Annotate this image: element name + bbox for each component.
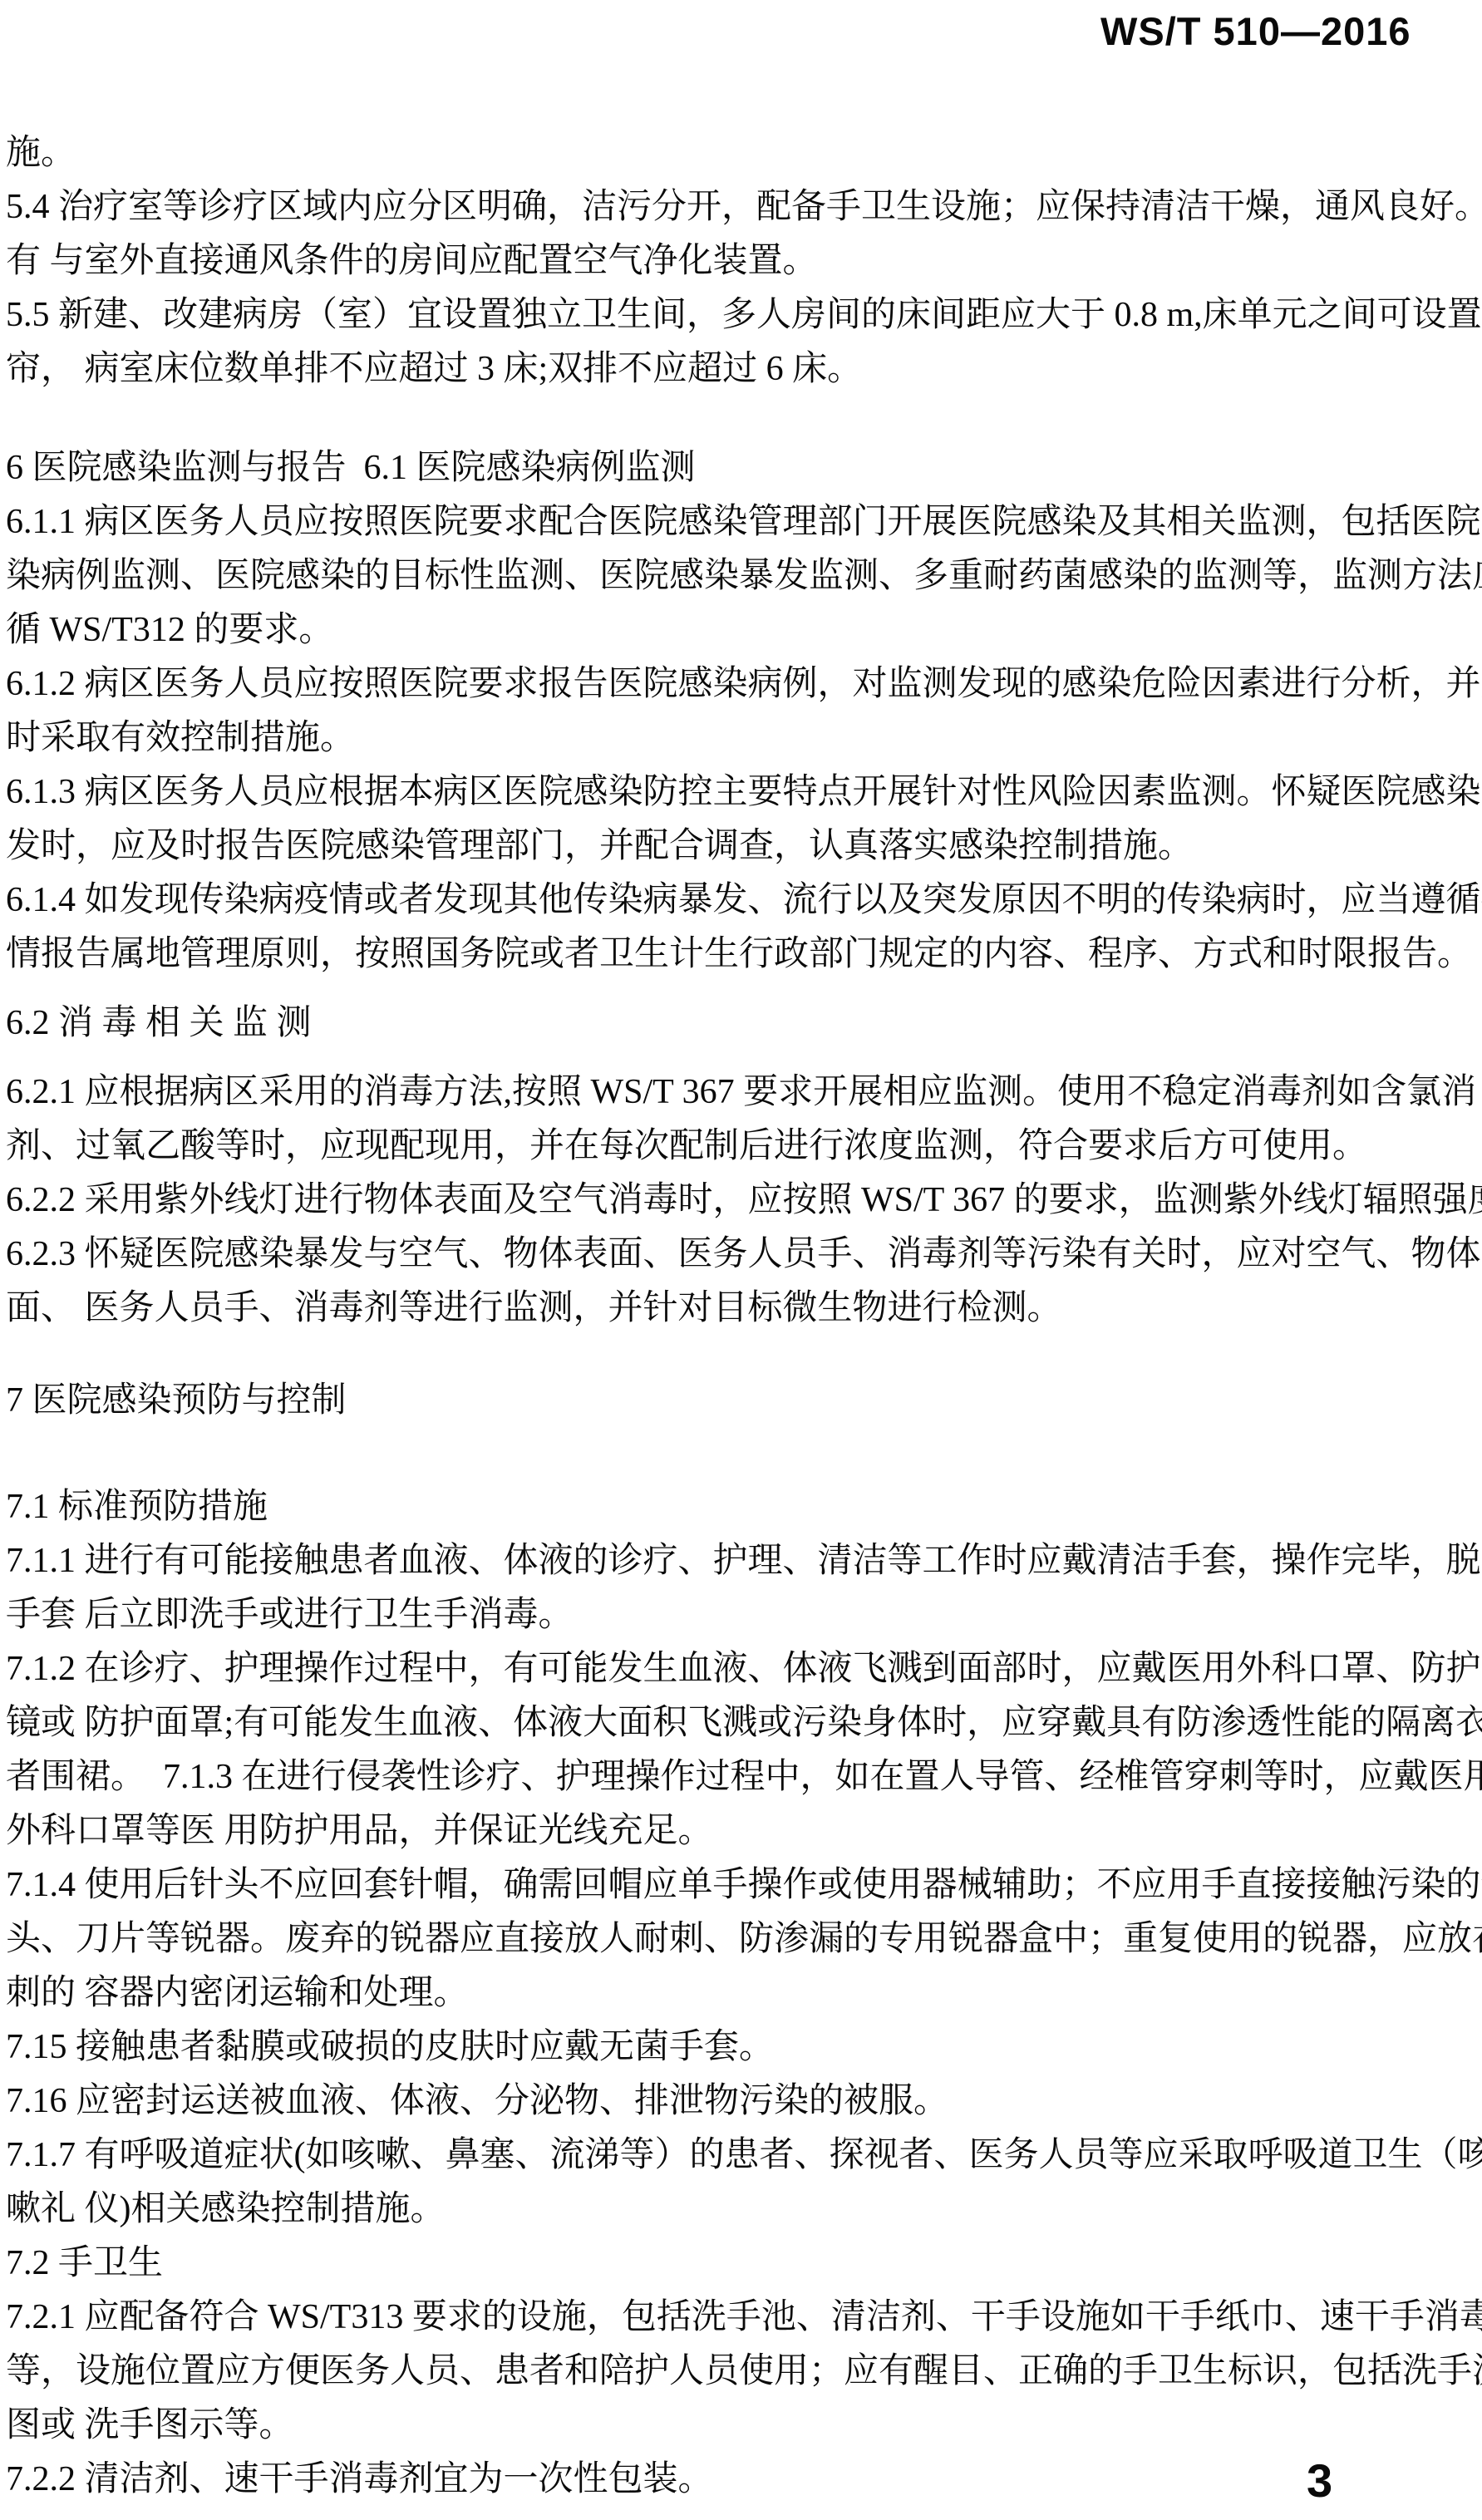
text-line: 镜或 防护面罩;有可能发生血液、体液大面积飞溅或污染身体时，应穿戴具有防渗透性能… [6, 1696, 1479, 1750]
text-line: 7.1.2 在诊疗、护理操作过程中，有可能发生血液、体液飞溅到面部时，应戴医用外… [6, 1642, 1479, 1696]
text-line: 外科口罩等医 用防护用品，并保证光线充足。 [6, 1804, 1479, 1858]
text-line: 染病例监测、医院感染的目标性监测、医院感染暴发监测、多重耐药菌感染的监测等，监测… [6, 549, 1479, 603]
text-line: 帘， 病室床位数单排不应超过 3 床;双排不应超过 6 床。 [6, 342, 1479, 396]
text-line: 6.1.1 病区医务人员应按照医院要求配合医院感染管理部门开展医院感染及其相关监… [6, 495, 1479, 549]
text-line: 7.1.4 使用后针头不应回套针帽，确需回帽应单手操作或使用器械辅助；不应用手直… [6, 1858, 1479, 1912]
text-line: 6.2.2 采用紫外线灯进行物体表面及空气消毒时，应按照 WS/T 367 的要… [6, 1174, 1479, 1228]
text-line: 时采取有效控制措施。 [6, 711, 1479, 765]
text-line: 6.2.3 怀疑医院感染暴发与空气、物体表面、医务人员手、消毒剂等污染有关时，应… [6, 1228, 1479, 1282]
text-line: 5.4 治疗室等诊疗区域内应分区明确，洁污分开，配备手卫生设施；应保持清洁干燥，… [6, 180, 1479, 234]
text-line: 7.15 接触患者黏膜或破损的皮肤时应戴无菌手套。 [6, 2020, 1479, 2075]
text-line: 面、 医务人员手、消毒剂等进行监测，并针对目标微生物进行检测。 [6, 1282, 1479, 1336]
section-heading-6-2: 6.2 消 毒 相 关 监 测 [6, 997, 1479, 1051]
text-line: 情报告属地管理原则，按照国务院或者卫生计生行政部门规定的内容、程序、方式和时限报… [6, 928, 1479, 982]
page-number: 3 [1307, 2454, 1332, 2508]
text-line: 者围裙。 7.1.3 在进行侵袭性诊疗、护理操作过程中，如在置人导管、经椎管穿刺… [6, 1750, 1479, 1804]
text-line: 循 WS/T312 的要求。 [6, 603, 1479, 657]
text-line: 施。 [6, 126, 1479, 180]
text-line: 6.2.1 应根据病区采用的消毒方法,按照 WS/T 367 要求开展相应监测。… [6, 1066, 1479, 1120]
text-line: 刺的 容器内密闭运输和处理。 [6, 1966, 1479, 2020]
text-line: 6.1.3 病区医务人员应根据本病区医院感染防控主要特点开展针对性风险因素监测。… [6, 765, 1479, 819]
text-line: 图或 洗手图示等。 [6, 2399, 1479, 2453]
text-line: 7.2.1 应配备符合 WS/T313 要求的设施，包括洗手池、清洁剂、干手设施… [6, 2291, 1479, 2345]
text-line: 手套 后立即洗手或进行卫生手消毒。 [6, 1588, 1479, 1642]
text-line: 等，设施位置应方便医务人员、患者和陪护人员使用；应有醒目、正确的手卫生标识，包括… [6, 2345, 1479, 2399]
text-line: 头、刀片等锐器。废弃的锐器应直接放人耐刺、防渗漏的专用锐器盒中；重复使用的锐器，… [6, 1912, 1479, 1966]
text-line: 5.5 新建、改建病房（室）宜设置独立卫生间，多人房间的床间距应大于 0.8 m… [6, 288, 1479, 342]
doc-standard-number: WS/T 510—2016 [1100, 8, 1411, 54]
text-line: 有 与室外直接通风条件的房间应配置空气净化装置。 [6, 234, 1479, 288]
section-heading-7: 7 医院感染预防与控制 [6, 1374, 1479, 1428]
text-line: 剂、过氧乙酸等时，应现配现用，并在每次配制后进行浓度监测，符合要求后方可使用。 [6, 1120, 1479, 1174]
document-page: WS/T 510—2016 施。 5.4 治疗室等诊疗区域内应分区明确，洁污分开… [0, 0, 1482, 2520]
doc-body: 施。 5.4 治疗室等诊疗区域内应分区明确，洁污分开，配备手卫生设施；应保持清洁… [6, 126, 1479, 2507]
text-line: 7.16 应密封运送被血液、体液、分泌物、排泄物污染的被服。 [6, 2075, 1479, 2129]
text-line: 6.1.4 如发现传染病疫情或者发现其他传染病暴发、流行以及突发原因不明的传染病… [6, 874, 1479, 928]
text-line: 发时，应及时报告医院感染管理部门，并配合调查，认真落实感染控制措施。 [6, 819, 1479, 874]
section-heading-7-2: 7.2 手卫生 [6, 2237, 1479, 2291]
text-line: 7.2.2 清洁剂、速干手消毒剂宜为一次性包装。 [6, 2453, 1479, 2507]
text-line: 7.1.7 有呼吸道症状(如咳嗽、鼻塞、流涕等）的患者、探视者、医务人员等应采取… [6, 2129, 1479, 2183]
section-heading-7-1: 7.1 标准预防措施 [6, 1480, 1479, 1534]
text-line: 7.1.1 进行有可能接触患者血液、体液的诊疗、护理、清洁等工作时应戴清洁手套，… [6, 1534, 1479, 1588]
section-heading-6: 6 医院感染监测与报告 6.1 医院感染病例监测 [6, 441, 1479, 495]
text-line: 嗽礼 仪)相关感染控制措施。 [6, 2183, 1479, 2237]
text-line: 6.1.2 病区医务人员应按照医院要求报告医院感染病例，对监测发现的感染危险因素… [6, 657, 1479, 711]
